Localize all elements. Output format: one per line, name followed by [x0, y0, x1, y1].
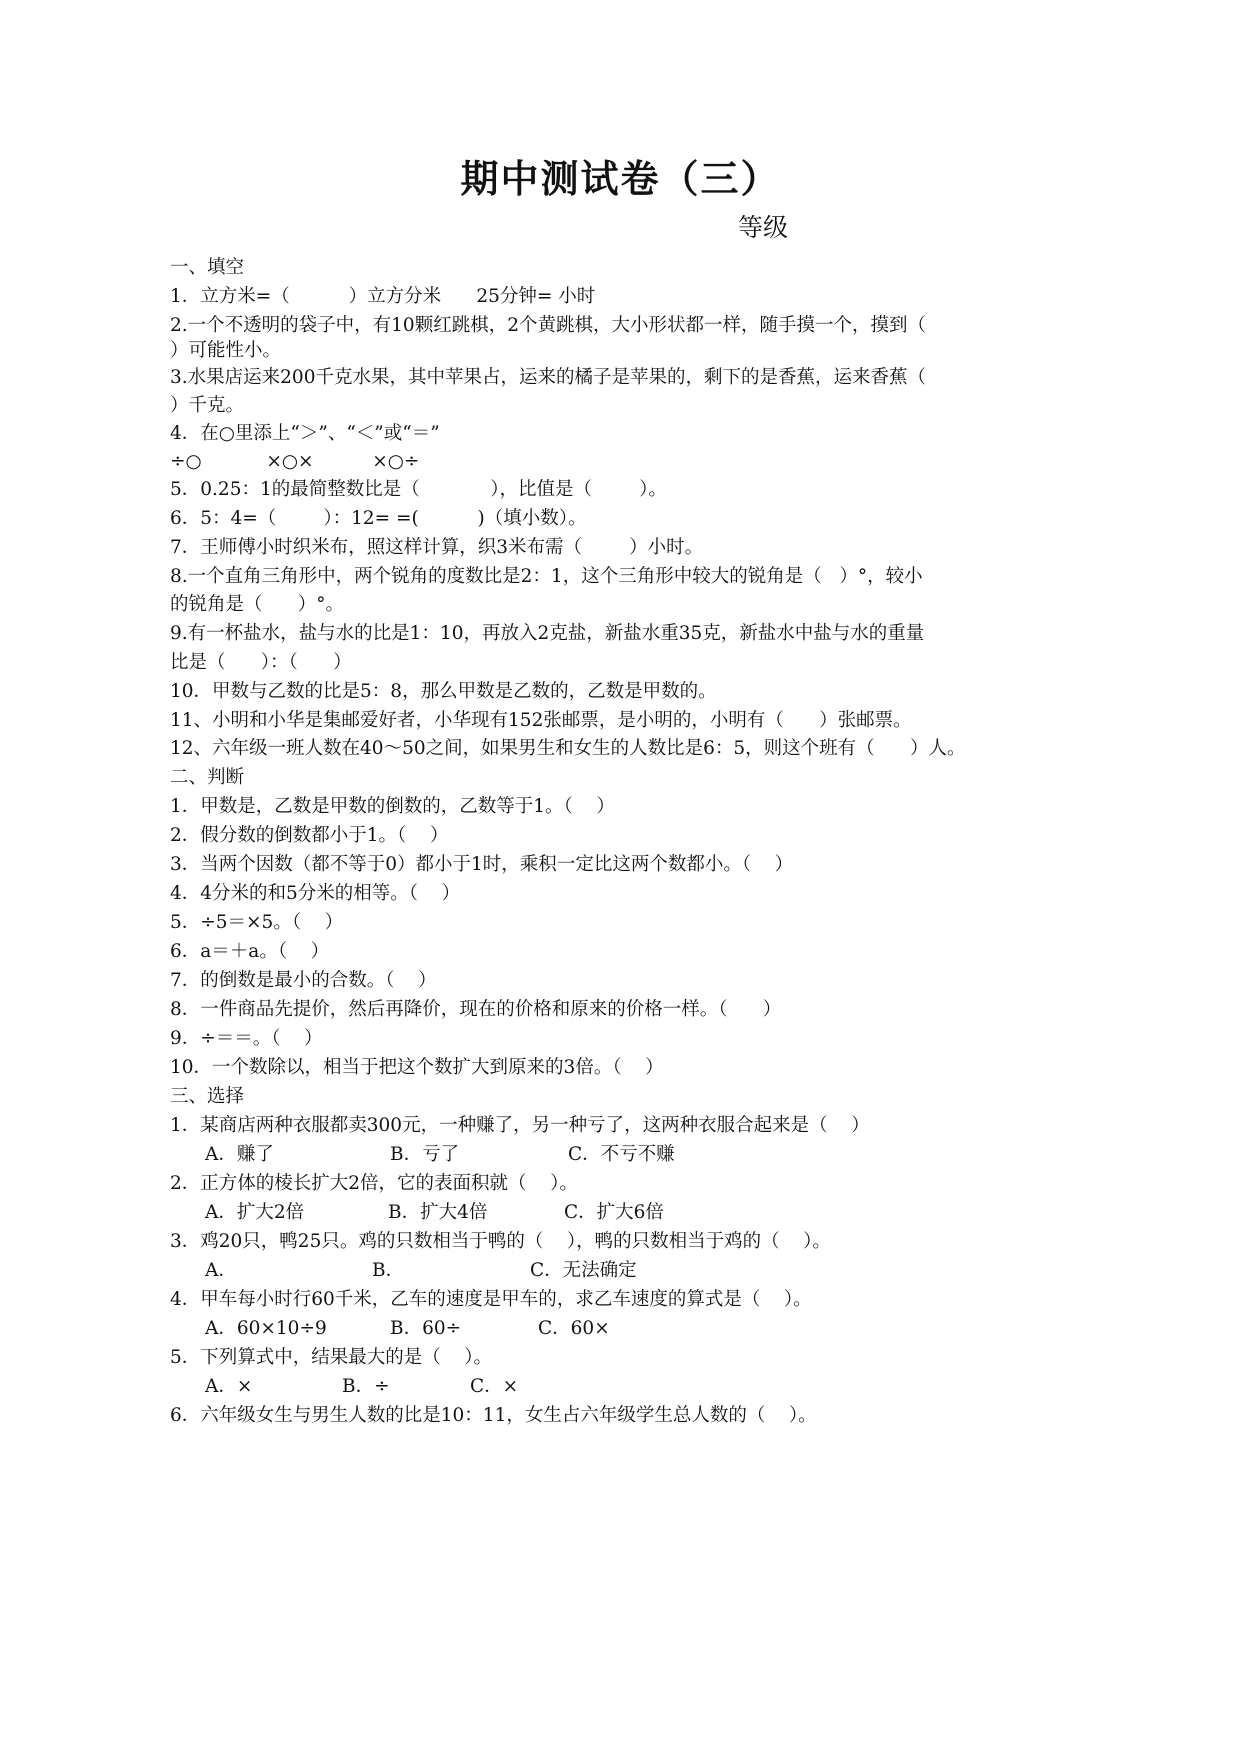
question-line: 2．假分数的倒数都小于1。（ ）	[170, 824, 448, 848]
question-line: 3．当两个因数（都不等于0）都小于1时，乘积一定比这两个数都小。（ ）	[170, 853, 793, 877]
option-b: B．亏了	[390, 1143, 459, 1167]
question-line: 6．a＝＋a。（ ）	[170, 940, 329, 964]
question-line: 3．鸡20只，鸭25只。鸡的只数相当于鸭的（ ），鸭的只数相当于鸡的（ ）。	[170, 1230, 831, 1254]
option-b: B．60÷	[390, 1317, 461, 1341]
option-c: C．不亏不赚	[568, 1143, 675, 1167]
option-c: C．扩大6倍	[564, 1201, 664, 1225]
question-line: 8.一个直角三角形中，两个锐角的度数比是2：1，这个三角形中较大的锐角是（ ）°…	[170, 565, 923, 589]
question-line: 5．0.25：1的最简整数比是（ ），比值是（ ）。	[170, 478, 667, 502]
section-heading-judge: 二、判断	[170, 766, 244, 790]
question-line: 7．的倒数是最小的合数。（ ）	[170, 969, 437, 993]
question-line: 4．在○里添上“＞”、“＜”或“＝”	[170, 422, 440, 446]
question-line: 3.水果店运来200千克水果，其中苹果占，运来的橘子是苹果的，剩下的是香蕉，运来…	[170, 366, 926, 390]
question-line: ）千克。	[170, 394, 244, 418]
option-a: A．扩大2倍	[205, 1201, 304, 1225]
question-line: 2.一个不透明的袋子中，有10颗红跳棋，2个黄跳棋，大小形状都一样，随手摸一个，…	[170, 314, 926, 338]
option-a: A．	[205, 1259, 237, 1283]
page-title: 期中测试卷（三）	[0, 148, 1241, 203]
section-heading-choice: 三、选择	[170, 1085, 244, 1109]
option-b: B．	[372, 1259, 404, 1283]
question-line: 9．÷＝＝。（ ）	[170, 1027, 323, 1051]
question-line: 11、小明和小华是集邮爱好者，小华现有152张邮票，是小明的，小明有（ ）张邮票…	[170, 709, 912, 733]
option-a: A．赚了	[205, 1143, 274, 1167]
question-line: 5．÷5＝×5。（ ）	[170, 911, 343, 935]
question-line: 2．正方体的棱长扩大2倍，它的表面积就（ ）。	[170, 1172, 578, 1196]
option-c: C．60×	[538, 1317, 610, 1341]
question-line: 4．4分米的和5分米的相等。（ ）	[170, 882, 460, 906]
question-line: 的锐角是（ ）°。	[170, 593, 344, 617]
grade-label: 等级	[738, 208, 788, 244]
option-a: A．×	[205, 1375, 252, 1399]
section-heading-fill-blank: 一、填空	[170, 256, 244, 280]
question-line: 5．下列算式中，结果最大的是（ ）。	[170, 1346, 492, 1370]
option-c: C．无法确定	[530, 1259, 637, 1283]
question-line: ）可能性小。	[170, 339, 281, 363]
question-line: 比是（ ）：（ ）	[170, 651, 352, 675]
question-line: 12、六年级一班人数在40～50之间，如果男生和女生的人数比是6：5，则这个班有…	[170, 737, 965, 761]
question-line: 4．甲车每小时行60千米，乙车的速度是甲车的，求乙车速度的算式是（ ）。	[170, 1288, 812, 1312]
option-b: B．扩大4倍	[388, 1201, 487, 1225]
question-line: 7．王师傅小时织米布，照这样计算，织3米布需（ ）小时。	[170, 536, 703, 560]
question-line: 10．甲数与乙数的比是5：8，那么甲数是乙数的，乙数是甲数的。	[170, 680, 717, 704]
question-line: 6．六年级女生与男生人数的比是10：11，女生占六年级学生总人数的（ ）。	[170, 1404, 817, 1428]
question-line: 8．一件商品先提价，然后再降价，现在的价格和原来的价格一样。（ ）	[170, 998, 781, 1022]
question-line: ÷○ ×○× ×○÷	[170, 450, 419, 474]
option-c: C．×	[470, 1375, 518, 1399]
option-a: A．60×10÷9	[205, 1317, 327, 1341]
question-line: 1．立方米=（ ）立方分米 25分钟= 小时	[170, 285, 595, 309]
question-line: 10．一个数除以，相当于把这个数扩大到原来的3倍。（ ）	[170, 1056, 664, 1080]
option-b: B．÷	[342, 1375, 390, 1399]
question-line: 1．甲数是，乙数是甲数的倒数的，乙数等于1。（ ）	[170, 795, 615, 819]
question-line: 9.有一杯盐水，盐与水的比是1：10，再放入2克盐，新盐水重35克，新盐水中盐与…	[170, 622, 924, 646]
question-line: 6．5：4=（ ）：12= =( )（填小数）。	[170, 507, 587, 531]
question-line: 1．某商店两种衣服都卖300元，一种赚了，另一种亏了，这两种衣服合起来是（ ）	[170, 1114, 870, 1138]
